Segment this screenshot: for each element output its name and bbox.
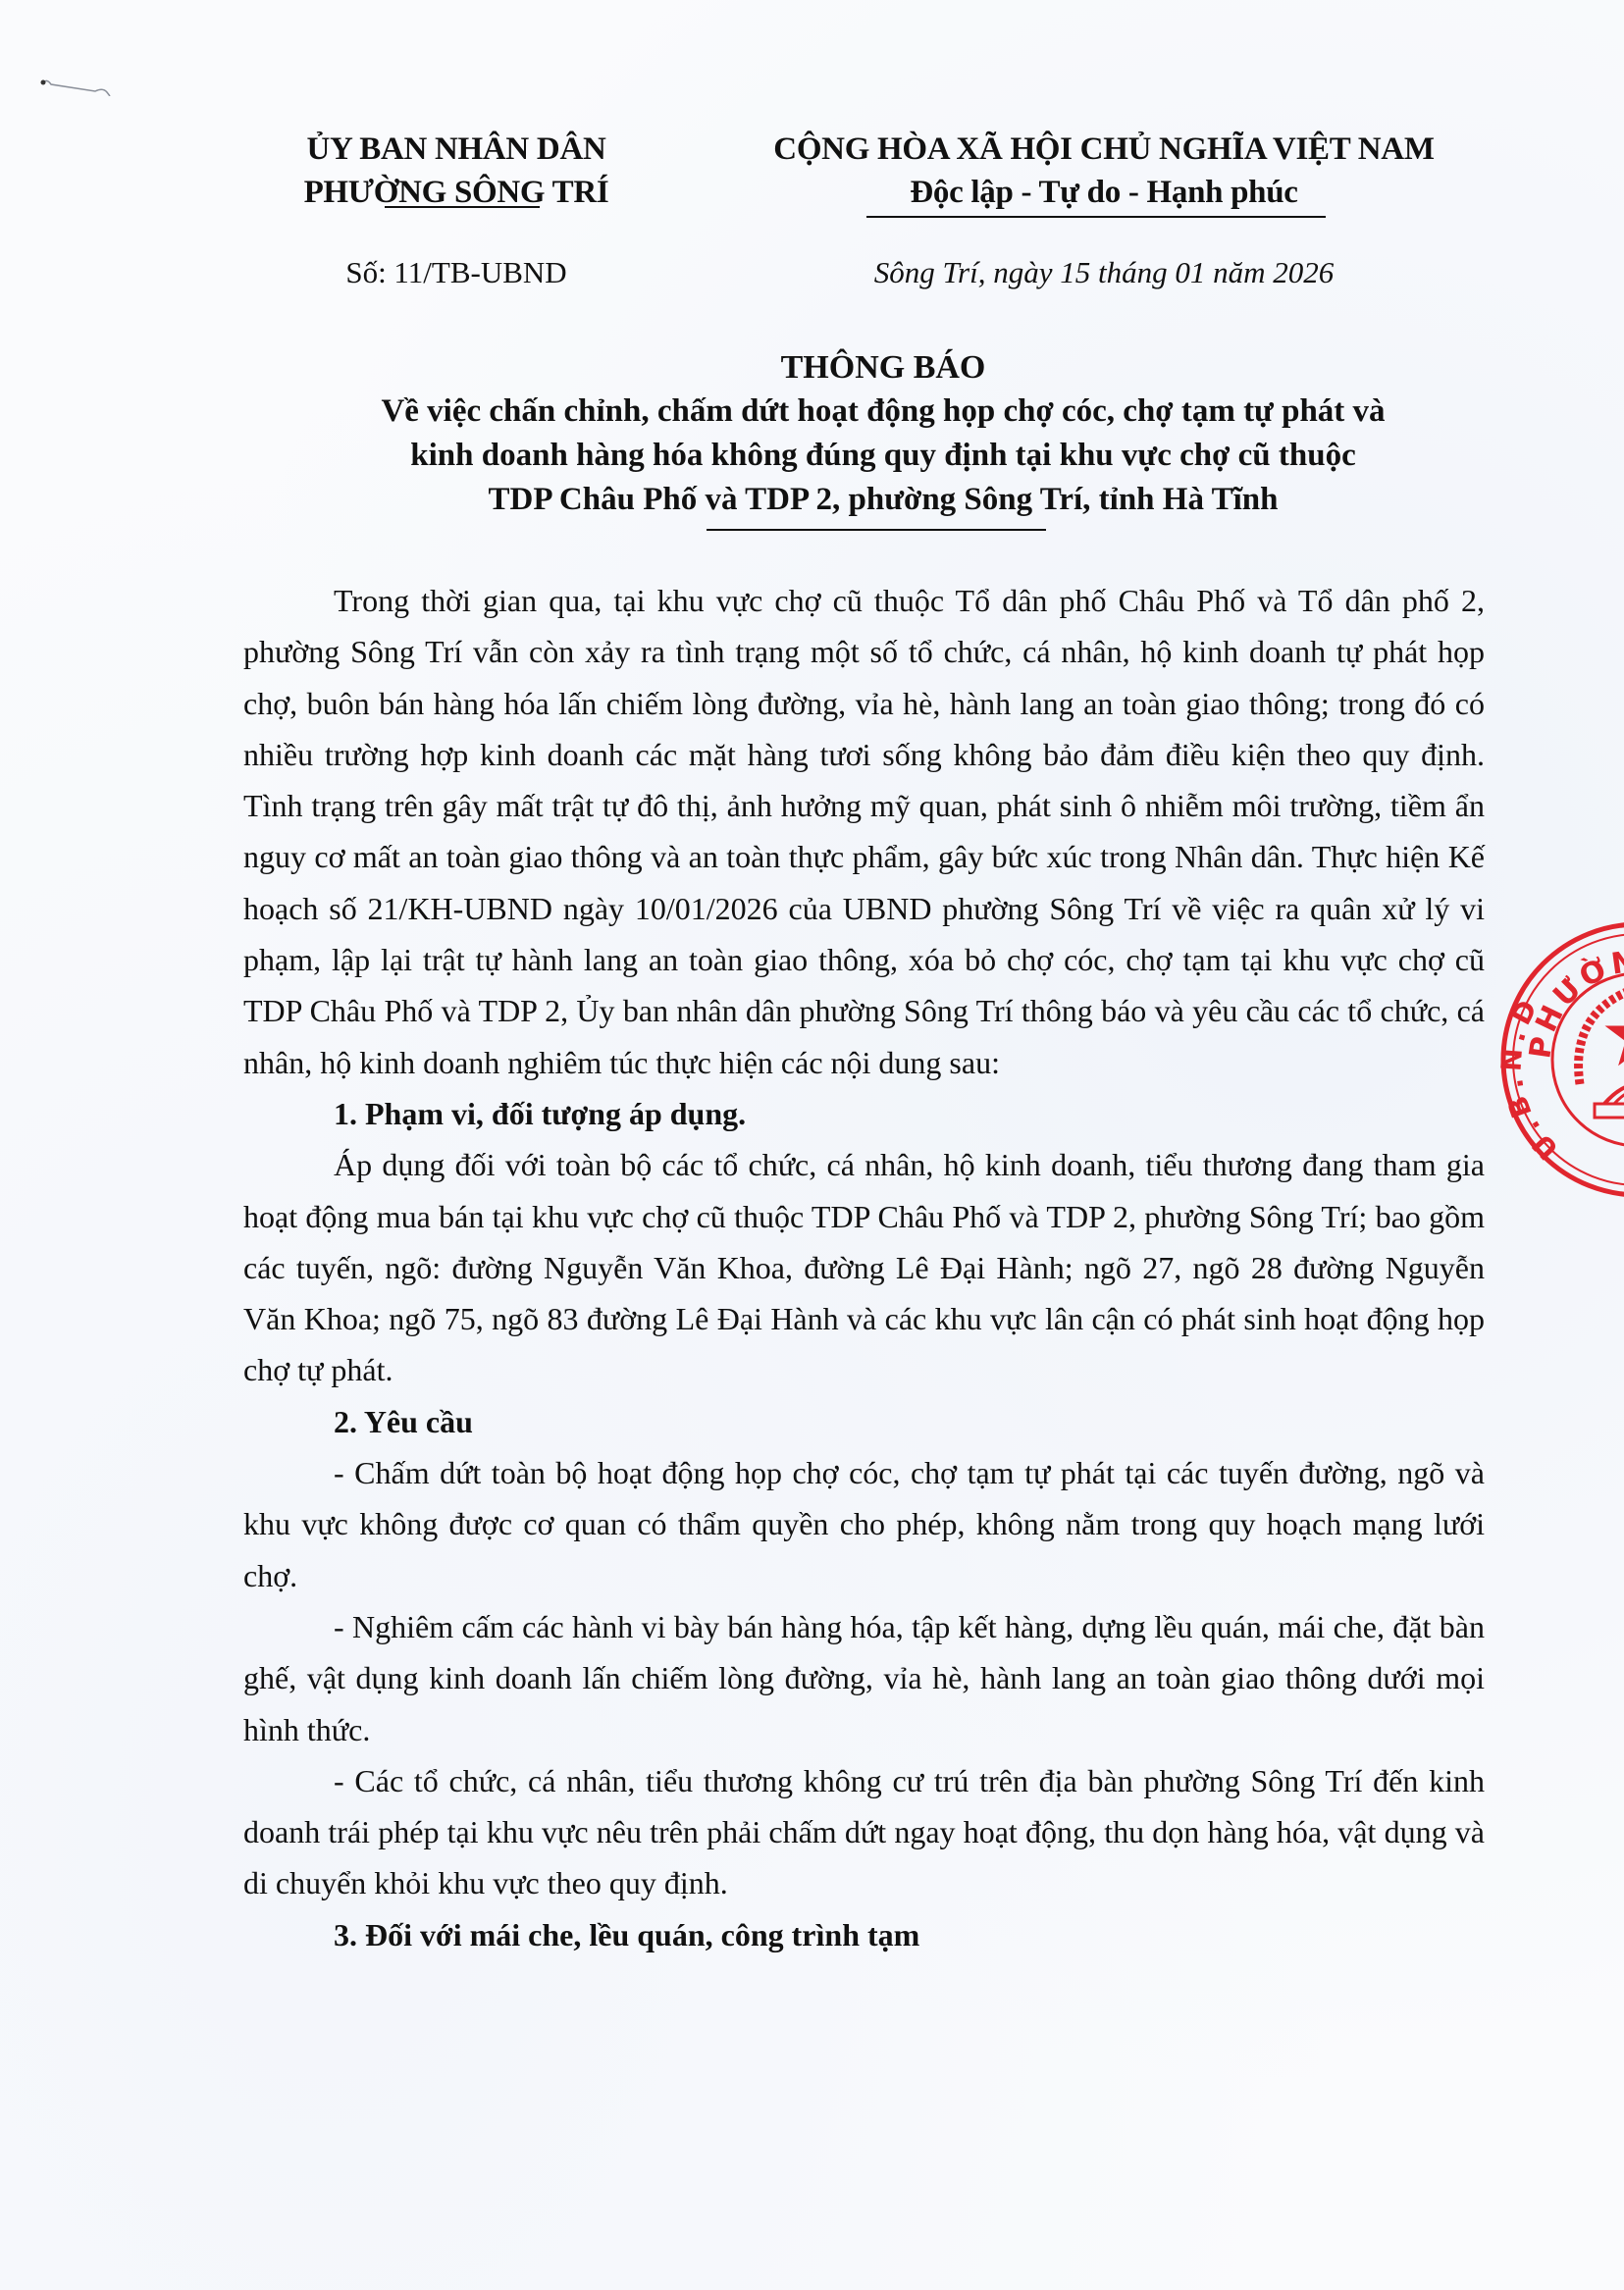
motto-underline bbox=[866, 216, 1326, 218]
document-body: Trong thời gian qua, tại khu vực chợ cũ … bbox=[243, 575, 1485, 1960]
section-2-item-1: - Chấm dứt toàn bộ hoạt động họp chợ cóc… bbox=[243, 1447, 1485, 1601]
authority-underline bbox=[385, 206, 540, 208]
national-motto: CỘNG HÒA XÃ HỘI CHỦ NGHĨA VIỆT NAM Độc l… bbox=[687, 128, 1521, 214]
subtitle-line-2: kinh doanh hàng hóa không đúng quy định … bbox=[245, 434, 1521, 478]
subtitle-line-1: Về việc chấn chỉnh, chấm dứt hoạt động h… bbox=[245, 390, 1521, 434]
subtitle-line-3: TDP Châu Phố và TDP 2, phường Sông Trí, … bbox=[245, 478, 1521, 522]
motto: Độc lập - Tự do - Hạnh phúc bbox=[687, 171, 1521, 214]
emblem-icon bbox=[1579, 991, 1624, 1118]
official-seal-stamp: PHƯỜNG SÔNG TRÍ U.B.N.D bbox=[1492, 912, 1624, 1207]
section-2-item-2: - Nghiêm cấm các hành vi bày bán hàng hó… bbox=[243, 1601, 1485, 1755]
document-page: ỦY BAN NHÂN DÂN PHƯỜNG SÔNG TRÍ CỘNG HÒA… bbox=[0, 0, 1624, 2290]
document-title: THÔNG BÁO Về việc chấn chỉnh, chấm dứt h… bbox=[245, 345, 1521, 522]
authority-line-1: ỦY BAN NHÂN DÂN bbox=[265, 128, 648, 171]
country-name: CỘNG HÒA XÃ HỘI CHỦ NGHĨA VIỆT NAM bbox=[687, 128, 1521, 171]
document-date: Sông Trí, ngày 15 tháng 01 năm 2026 bbox=[687, 255, 1521, 290]
section-1-heading: 1. Phạm vi, đối tượng áp dụng. bbox=[243, 1088, 1485, 1139]
section-1-paragraph: Áp dụng đối với toàn bộ các tổ chức, cá … bbox=[243, 1139, 1485, 1395]
intro-paragraph: Trong thời gian qua, tại khu vực chợ cũ … bbox=[243, 575, 1485, 1088]
title-main: THÔNG BÁO bbox=[245, 345, 1521, 390]
issuing-authority: ỦY BAN NHÂN DÂN PHƯỜNG SÔNG TRÍ bbox=[265, 128, 648, 214]
section-2-item-3: - Các tổ chức, cá nhân, tiểu thương khôn… bbox=[243, 1755, 1485, 1909]
title-underline bbox=[707, 529, 1046, 531]
section-3-heading: 3. Đối với mái che, lều quán, công trình… bbox=[243, 1909, 1485, 1960]
section-2-heading: 2. Yêu cầu bbox=[243, 1396, 1485, 1447]
document-number: Số: 11/TB-UBND bbox=[265, 255, 648, 290]
scan-artifact-mark bbox=[37, 77, 126, 96]
